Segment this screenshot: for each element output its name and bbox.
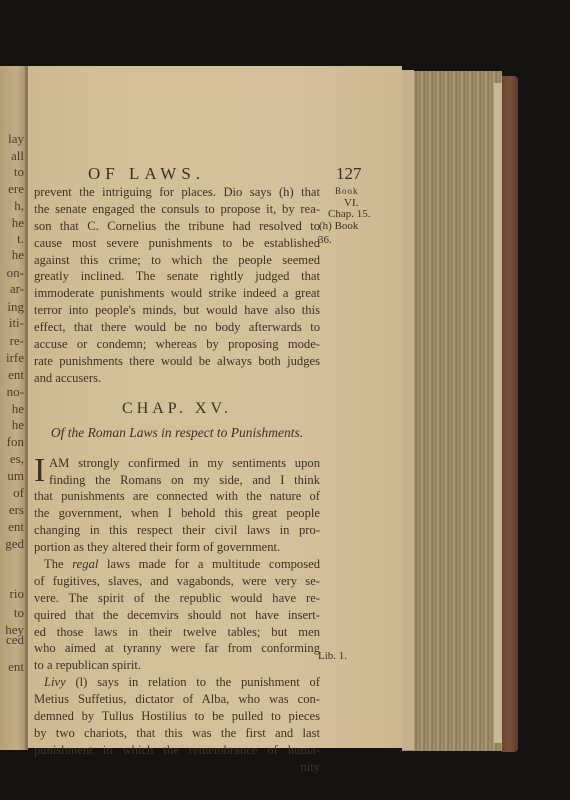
facing-page-text: um: [7, 469, 24, 482]
paragraph-regal-laws: The regal laws made for a multitude comp…: [34, 556, 320, 674]
drop-cap: I: [34, 455, 45, 487]
page-edge-highlight: [402, 70, 414, 750]
facing-page-text: ing: [7, 300, 24, 313]
facing-page-text: h,: [14, 199, 24, 212]
text-line: and accusers.: [34, 370, 320, 387]
chapter-subtitle: Of the Roman Laws in respect to Punishme…: [34, 425, 320, 447]
page-edges: [402, 71, 502, 751]
text-line: greatly inclined. The senate rightly jud…: [34, 268, 320, 285]
margin-note-book: Book: [335, 186, 359, 196]
text-line: rate punishments there would be always b…: [34, 353, 320, 370]
facing-page-text: ers: [9, 503, 24, 516]
footnote-l: Lib. 1.: [318, 650, 347, 662]
facing-page-text: re-: [10, 334, 24, 347]
facing-page-text: rio: [10, 587, 24, 600]
text-run: The: [44, 557, 72, 571]
text-line: finding the Romans on my side, and I thi…: [34, 472, 320, 489]
facing-page-text: to: [14, 606, 24, 619]
text-line: Livy (l) says in relation to the punishm…: [34, 674, 320, 691]
text-line: accuse or condemn; whereas by proposing …: [34, 336, 320, 353]
book-page: OF LAWS. 127 prevent the intriguing for …: [28, 66, 402, 748]
facing-page-text: of: [13, 486, 24, 499]
running-title: OF LAWS.: [88, 164, 205, 184]
facing-page-fragment: layalltoereh,het.heon-ar-ingiti-re-irfee…: [0, 66, 27, 750]
text-line: son that C. Cornelius the tribune had re…: [34, 218, 320, 235]
paragraph-livy: Livy (l) says in relation to the punishm…: [34, 674, 320, 775]
text-line: against this crime; to which the people …: [34, 252, 320, 269]
facing-page-text: he: [12, 418, 24, 431]
facing-page-text: he: [12, 248, 24, 261]
page-edge-band: [494, 83, 502, 743]
text-line: vere. The spirit of the republic would h…: [34, 590, 320, 607]
facing-page-text: t.: [17, 232, 24, 245]
text-line: the senate engaged the consuls to propos…: [34, 201, 320, 218]
chapter-heading: CHAP. XV.: [34, 401, 320, 421]
facing-page-text: es,: [10, 452, 24, 465]
facing-page-text: he: [12, 216, 24, 229]
paragraph-continued: prevent the intriguing for places. Dio s…: [34, 184, 320, 387]
text-run: laws made for a multitude composed: [98, 557, 320, 571]
page-body: prevent the intriguing for places. Dio s…: [34, 184, 320, 776]
text-line: The regal laws made for a multitude comp…: [34, 556, 320, 573]
facing-page-text: to: [14, 165, 24, 178]
text-line: portion as they altered their form of go…: [34, 539, 320, 556]
facing-page-text: ar-: [10, 282, 24, 295]
text-line: of fugitives, slaves, and vagabonds, wer…: [34, 573, 320, 590]
page-header: OF LAWS. 127: [28, 164, 402, 184]
paragraph-opening: I AM strongly confirmed in my sentiments…: [34, 455, 320, 556]
text-line: demned by Tullus Hostilius to be pulled …: [34, 708, 320, 725]
facing-page-text: no-: [7, 385, 24, 398]
facing-page-text: he: [12, 402, 24, 415]
facing-page-text: lay: [8, 132, 24, 145]
text-line: immoderate punishments would strike inde…: [34, 285, 320, 302]
page-number: 127: [336, 164, 362, 184]
text-run: (l) says in relation to the punishment o…: [66, 675, 320, 689]
text-line: who aimed at tyranny were far from confo…: [34, 640, 320, 657]
italic-run: Livy: [44, 675, 66, 689]
facing-page-text: on-: [7, 266, 24, 279]
footnote-h-continued: 36.: [318, 234, 332, 246]
facing-page-text: ent: [8, 368, 24, 381]
text-line: Metius Suffetius, dictator of Alba, who …: [34, 691, 320, 708]
text-line: that punishments are connected with the …: [34, 488, 320, 505]
catchword: nity: [34, 759, 320, 776]
footnote-h: (h) Book: [319, 220, 358, 232]
facing-page-text: ged: [5, 537, 24, 550]
facing-page-text: ere: [8, 182, 24, 195]
facing-page-text: all: [11, 149, 24, 162]
text-line: to a republican spirit.: [34, 657, 320, 674]
facing-page-text: ent: [8, 660, 24, 673]
book-cover-edge: [502, 76, 518, 752]
text-line: quired that the decemvirs should not hav…: [34, 607, 320, 624]
facing-page-text: ent: [8, 520, 24, 533]
text-line: prevent the intriguing for places. Dio s…: [34, 184, 320, 201]
text-line: by two chariots, that this was the first…: [34, 725, 320, 742]
text-line: punishment in which the remembrance of h…: [34, 742, 320, 759]
text-line: AM strongly confirmed in my sentiments u…: [34, 455, 320, 472]
text-line: ed those laws in their twelve tables; bu…: [34, 624, 320, 641]
facing-page-text: fon: [7, 435, 24, 448]
italic-run: regal: [72, 557, 98, 571]
text-line: cause most severe punishments to be esta…: [34, 235, 320, 252]
facing-page-text: iti-: [9, 316, 24, 329]
text-line: effect, that there would be no body afte…: [34, 319, 320, 336]
text-line: changing in this respect their civil law…: [34, 522, 320, 539]
text-line: the government, when I behold this great…: [34, 505, 320, 522]
margin-note-chapter: Chap. 15.: [328, 208, 370, 220]
text-line: terror into people's minds, but would ha…: [34, 302, 320, 319]
facing-page-text: ced: [6, 633, 24, 646]
facing-page-text: irfe: [6, 351, 24, 364]
